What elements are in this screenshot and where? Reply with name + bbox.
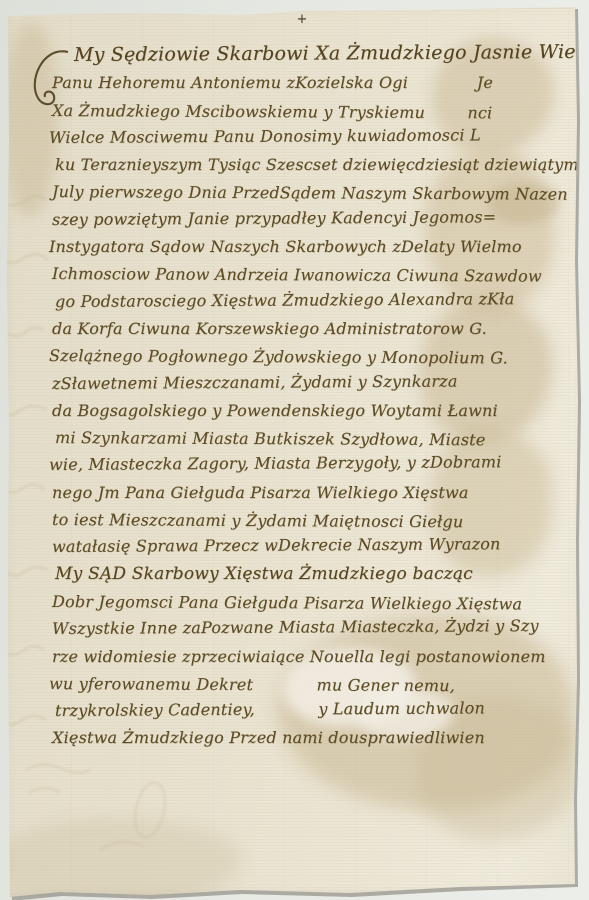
paper-edge-vignette bbox=[0, 0, 589, 900]
manuscript-page: + My Sędziowie Skarbowi Xa Żmudzkiego Ja… bbox=[0, 0, 589, 900]
scan-background: + My Sędziowie Skarbowi Xa Żmudzkiego Ja… bbox=[0, 0, 589, 900]
